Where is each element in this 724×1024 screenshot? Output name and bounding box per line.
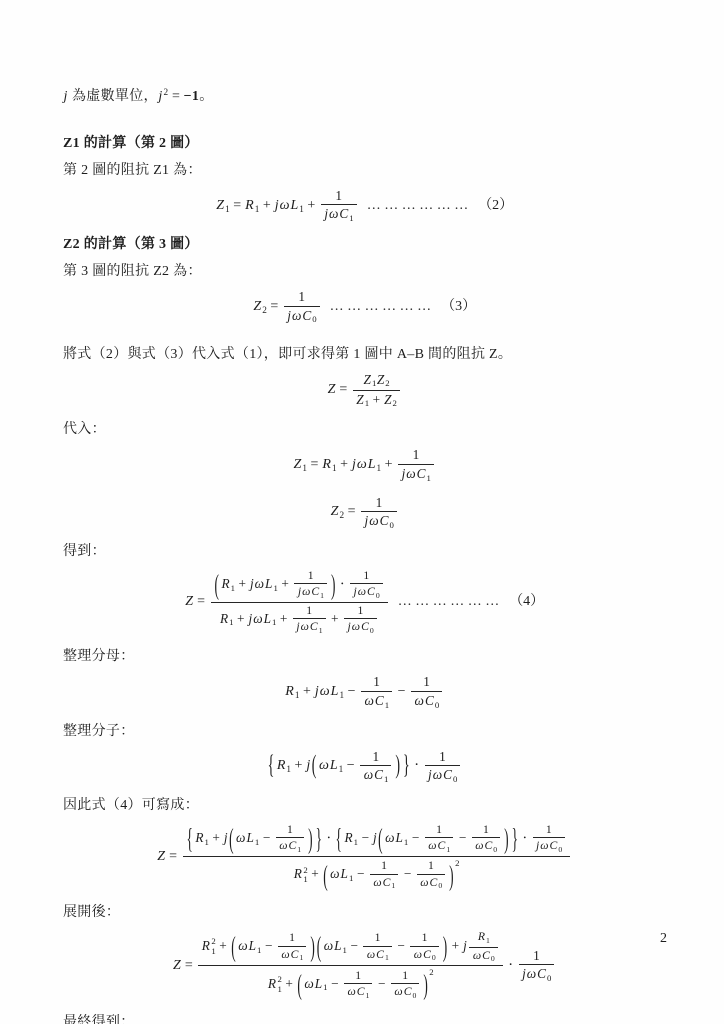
math-number: 1 <box>402 969 408 982</box>
bracket-group: {R1+j(ωL1−1ωC1)} <box>267 749 411 784</box>
scripted-term: C0 <box>424 693 439 708</box>
math-number: 0 <box>558 845 562 854</box>
bracket-body: R1−j(ωL1−1ωC1−1ωC0) <box>343 823 511 855</box>
math-number: 1 <box>377 463 382 473</box>
math-number: 1 <box>349 873 353 883</box>
math-operator: + <box>385 457 393 472</box>
math-row: R21+(ωL1−1ωC1−1ωC0)2 <box>293 866 459 881</box>
math-number: 1 <box>211 946 215 956</box>
math-number: 1 <box>229 617 233 627</box>
math-operator: + <box>331 611 339 626</box>
math-row: ωL1−1ωC1−1ωC0 <box>304 976 422 991</box>
subscript: 0 <box>547 973 552 983</box>
scripted-term: L1 <box>367 457 381 472</box>
math-variable: L <box>329 758 338 773</box>
fraction-numerator: 1 <box>519 948 555 964</box>
math-operator: + <box>373 392 381 407</box>
fraction: 1jωC0 <box>344 604 377 636</box>
math-number: 1 <box>373 674 380 689</box>
math-variable: Z <box>376 372 384 387</box>
math-operator: = <box>270 299 278 314</box>
subscript: 1 <box>364 398 369 408</box>
math-operator: + <box>311 866 319 881</box>
subscript: 1 <box>348 873 353 883</box>
math-row: jωC0 <box>347 620 374 633</box>
math-variable: ω <box>347 985 356 998</box>
bracket-delimiter: { <box>267 748 276 784</box>
math-variable: ω <box>364 693 374 708</box>
subscript: 0 <box>493 845 497 854</box>
fraction: 1jωC1 <box>293 604 326 636</box>
math-row: Z2=1jωC0 <box>253 299 322 314</box>
math-row: Z2=1jωC0 <box>330 504 399 519</box>
fraction-numerator: 1 <box>410 931 438 945</box>
fraction-denominator: ωC0 <box>391 983 419 1000</box>
fraction-numerator: 1 <box>363 931 391 945</box>
scripted-term: L1 <box>263 611 276 626</box>
subscript: 1 <box>446 845 450 854</box>
script-cell: 1 <box>303 875 307 885</box>
sub-superscript-stack: 21 <box>303 866 307 885</box>
math-number: 1 <box>332 463 337 473</box>
fraction: 1ωC0 <box>472 823 500 855</box>
fraction-denominator: ωC1 <box>344 983 372 1000</box>
scripted-term: C0 <box>379 513 394 528</box>
math-number: 1 <box>349 213 353 223</box>
para-final: 最終得到： <box>63 1013 666 1024</box>
math-number: 0 <box>312 314 316 324</box>
math-number: 1 <box>483 823 489 836</box>
bracket-group: (ωL1−1ωC1−1ωC0) <box>322 859 454 891</box>
math-number: 1 <box>363 569 369 582</box>
scripted-term: C1 <box>356 985 369 998</box>
math-operator: ⋅ <box>508 958 513 973</box>
fraction: 1jωC1 <box>321 188 357 223</box>
sub-superscript-stack: 21 <box>211 937 215 956</box>
fraction-numerator: 1 <box>360 749 391 765</box>
math-number: 0 <box>432 953 436 962</box>
math-variable: R <box>219 611 228 626</box>
math-variable: ω <box>323 938 333 953</box>
equation-number: （2） <box>478 198 513 213</box>
fraction: 1jωC0 <box>519 948 555 983</box>
math-number: 1 <box>255 204 260 214</box>
fraction-denominator: ωC1 <box>361 691 392 710</box>
math-variable: ω <box>432 767 442 782</box>
math-number: 1 <box>302 463 307 473</box>
math-row: Z=Z1Z2Z1+Z2 <box>327 382 402 397</box>
bracket-delimiter: } <box>511 823 519 855</box>
math-number: 1 <box>422 931 428 944</box>
fraction-denominator: jωC0 <box>533 837 566 854</box>
scripted-term: j2 <box>158 89 169 104</box>
fraction: 1ωC0 <box>410 931 438 963</box>
math-variable: R <box>195 830 204 845</box>
para-z2-intro: 第 3 圖的阻抗 Z2 為： <box>63 262 666 281</box>
scripted-term: C1 <box>290 948 303 961</box>
fraction-denominator: ωC1 <box>360 765 391 784</box>
subscript: 1 <box>403 837 408 847</box>
math-row: {R1+j(ωL1−1ωC1)}⋅1jωC0 <box>267 758 463 773</box>
fraction-denominator: Z1+Z2 <box>353 390 400 409</box>
math-number: 2 <box>429 967 433 977</box>
scripted-term: C0 <box>429 876 442 889</box>
math-number: 1 <box>335 188 342 203</box>
bracket-group: (ωL1−1ωC1) <box>230 931 315 963</box>
math-number: 1 <box>273 583 277 593</box>
math-row: Z1=R1+jωL1+1jωC1 <box>293 457 436 472</box>
math-number: 0 <box>435 700 439 710</box>
fraction: 1jωC0 <box>425 749 461 784</box>
scripted-term: C0 <box>443 767 458 782</box>
subscript: 1 <box>299 953 303 962</box>
math-number: 1 <box>299 204 304 214</box>
math-number: 2 <box>164 87 169 97</box>
math-variable: Z <box>185 594 194 609</box>
bracket-group: (ωL1−1ωC1−1ωC0) <box>296 969 428 1001</box>
fraction-numerator: R21+(ωL1−1ωC1)(ωL1−1ωC1−1ωC0)+jR1ωC0 <box>198 930 503 965</box>
subscript: 0 <box>453 774 458 784</box>
fraction-numerator: 1 <box>391 969 419 983</box>
scripted-term: L1 <box>330 684 344 699</box>
math-row: jωC1 <box>296 620 323 633</box>
math-number: 0 <box>453 774 457 784</box>
math-variable: R <box>293 866 302 881</box>
math-operator: + <box>452 938 460 953</box>
bracket-delimiter: ) <box>448 859 454 891</box>
script-cell: 1 <box>211 947 215 957</box>
math-number: 0 <box>491 954 495 963</box>
math-number: −1 <box>184 89 200 104</box>
scripted-term: C1 <box>311 585 324 598</box>
scripted-term: C1 <box>416 466 431 481</box>
math-number: 1 <box>289 931 295 944</box>
math-row: R1+jωL1−1ωC1−1ωC0 <box>285 684 444 699</box>
math-number: 1 <box>446 845 450 854</box>
eq-2: Z1=R1+jωL1+1jωC1… … … … … …（2） <box>63 188 666 223</box>
math-operator: + <box>303 684 311 699</box>
fraction-denominator: jωC1 <box>293 618 326 635</box>
math-variable: ω <box>369 513 379 528</box>
fraction-numerator: 1 <box>417 859 445 873</box>
fraction-denominator: jωC0 <box>350 583 383 600</box>
math-row: ωC1 <box>373 876 395 889</box>
para-expanded: 展開後： <box>63 903 666 922</box>
scripted-term: C0 <box>423 948 436 961</box>
bracket-group: (ωL1−1ωC1) <box>311 749 401 784</box>
fraction-denominator: R21+(ωL1−1ωC1−1ωC0)2 <box>183 856 571 892</box>
scripted-term: L1 <box>248 938 261 953</box>
scripted-term: C0 <box>484 839 497 852</box>
math-variable: ω <box>253 611 263 626</box>
fraction-denominator: jωC0 <box>361 511 397 530</box>
math-operator: − <box>350 938 358 953</box>
scripted-term: C1 <box>339 206 354 221</box>
math-variable: C <box>311 585 320 598</box>
math-variable: ω <box>319 684 330 699</box>
math-variable: C <box>429 876 438 889</box>
math-number: 1 <box>297 845 301 854</box>
math-operator: ⋅ <box>414 758 419 773</box>
scripted-term: C1 <box>374 693 389 708</box>
math-variable: ω <box>414 693 424 708</box>
math-variable: R <box>344 830 353 845</box>
math-variable: L <box>314 976 322 991</box>
math-row: ωL1−1ωC1 <box>238 938 309 953</box>
scripted-term: R1 <box>322 457 337 472</box>
bracket-delimiter: ( <box>230 931 236 963</box>
scripted-term: Z2 <box>376 372 389 387</box>
scripted-term: L1 <box>290 198 304 213</box>
math-number: 1 <box>381 859 387 872</box>
math-variable: ω <box>413 948 422 961</box>
math-row: jωC0 <box>353 585 380 598</box>
math-variable: C <box>374 693 384 708</box>
math-number: 1 <box>272 617 276 627</box>
eq-3: Z2=1jωC0… … … … … …（3） <box>63 289 666 324</box>
scripted-term: Z1 <box>356 392 369 407</box>
math-number: 1 <box>298 289 305 304</box>
bracket-delimiter: ( <box>322 859 328 891</box>
fraction-numerator: 1 <box>276 823 304 837</box>
math-variable: ω <box>394 985 403 998</box>
scripted-term: Z2 <box>384 392 397 407</box>
para-substitution: 將式（2）與式（3）代入式（1），即可求得第 1 圖中 A–B 間的阻抗 Z。 <box>63 345 666 364</box>
bracket-delimiter: { <box>335 823 343 855</box>
math-operator: = <box>169 849 177 864</box>
fraction-denominator: ωC0 <box>469 947 497 964</box>
math-number: 2 <box>262 305 267 315</box>
math-number: 1 <box>355 969 361 982</box>
fraction-numerator: 1 <box>411 674 442 690</box>
subscript: 1 <box>349 213 354 223</box>
subscript: 0 <box>389 520 394 530</box>
math-variable: ω <box>279 198 290 213</box>
math-variable: ω <box>254 576 264 591</box>
fraction-numerator: 1 <box>294 569 327 583</box>
fraction: 1jωC0 <box>533 823 566 855</box>
fraction-denominator: ωC1 <box>370 874 398 891</box>
math-row: jωC1 <box>401 466 431 481</box>
fraction: (R1+jωL1+1jωC1)⋅1jωC0R1+jωL1+1jωC1+1jωC0 <box>211 569 388 636</box>
math-number: 0 <box>438 881 442 890</box>
math-variable: Z <box>356 392 364 407</box>
math-variable: j <box>248 611 253 626</box>
fraction: R1ωC0 <box>469 930 497 964</box>
subscript: 1 <box>273 583 278 593</box>
bracket-body: R1+jωL1+1jωC1 <box>220 569 330 601</box>
document-content: j 為虛數單位，j2=−1。Z1 的計算（第 2 圖）第 2 圖的阻抗 Z1 為… <box>0 0 724 1024</box>
math-variable: R <box>201 938 210 953</box>
math-operator: + <box>237 611 245 626</box>
fraction-denominator: jωC0 <box>344 618 377 635</box>
scripted-term: L1 <box>246 830 259 845</box>
math-number: 1 <box>303 874 307 884</box>
subscript: 1 <box>383 774 388 784</box>
intro-imaginary-unit: j 為虛數單位，j2=−1。 <box>63 86 666 106</box>
math-variable: ω <box>420 876 429 889</box>
math-row: ωC1 <box>363 767 388 782</box>
fraction: {R1+j(ωL1−1ωC1)}⋅{R1−j(ωL1−1ωC1−1ωC0)}⋅1… <box>183 823 571 891</box>
math-variable: C <box>437 839 446 852</box>
fraction: 1ωC1 <box>344 969 372 1001</box>
math-operator: + <box>280 611 288 626</box>
subscript: 1 <box>204 837 209 847</box>
fraction: 1jωC1 <box>294 569 327 601</box>
bracket-body: ωL1−1ωC1−1ωC0 <box>329 859 449 891</box>
math-row: ωC1 <box>366 948 388 961</box>
eq-rewritten: Z={R1+j(ωL1−1ωC1)}⋅{R1−j(ωL1−1ωC1−1ωC0)}… <box>63 823 666 891</box>
subscript: 2 <box>392 398 397 408</box>
fraction: R21+(ωL1−1ωC1)(ωL1−1ωC1−1ωC0)+jR1ωC0R21+… <box>198 930 503 1000</box>
math-variable: R <box>276 758 286 773</box>
math-variable: ω <box>291 308 301 323</box>
fraction-numerator: 1 <box>361 674 392 690</box>
math-operator: = <box>310 457 318 472</box>
subscript: 1 <box>294 690 299 700</box>
math-variable: C <box>367 585 376 598</box>
math-row: R1+j(ωL1−1ωC1) <box>195 830 314 845</box>
bracket-group: (R1+jωL1+1jωC1) <box>214 569 337 601</box>
math-variable: C <box>374 767 384 782</box>
fraction-denominator: R1+jωL1+1jωC1+1jωC0 <box>211 602 388 636</box>
math-variable: C <box>537 966 547 981</box>
page-number: 2 <box>660 929 667 948</box>
math-operator: − <box>357 866 365 881</box>
math-variable: R <box>322 457 332 472</box>
subscript: 1 <box>254 204 259 214</box>
bracket-delimiter: } <box>402 748 411 784</box>
bracket-body: ωL1−1ωC1 <box>235 823 308 855</box>
math-variable: C <box>309 620 318 633</box>
equation-number: （4） <box>509 594 544 609</box>
math-operator: + <box>263 198 271 213</box>
subscript: 0 <box>558 845 562 854</box>
fraction-denominator: jωC0 <box>425 765 461 784</box>
subscript: 1 <box>286 764 291 774</box>
math-number: 0 <box>370 626 374 635</box>
fraction-numerator: 1 <box>278 931 306 945</box>
fraction-denominator: jωC1 <box>321 204 357 223</box>
fraction: 1ωC1 <box>363 931 391 963</box>
math-number: 1 <box>436 823 442 836</box>
math-variable: L <box>334 938 342 953</box>
subscript: 2 <box>262 305 267 315</box>
bracket-delimiter: ( <box>228 823 234 855</box>
math-row: Z=(R1+jωL1+1jωC1)⋅1jωC0R1+jωL1+1jωC1+1jω… <box>185 594 390 609</box>
fraction-denominator: ωC0 <box>472 837 500 854</box>
math-number: 1 <box>439 749 446 764</box>
math-variable: ω <box>351 620 360 633</box>
math-variable: ω <box>238 938 248 953</box>
math-operator: = <box>348 504 356 519</box>
math-operator: − <box>331 976 339 991</box>
math-number: 1 <box>533 948 540 963</box>
eq-expanded: Z=R21+(ωL1−1ωC1)(ωL1−1ωC1−1ωC0)+jR1ωC0R2… <box>63 930 666 1000</box>
math-variable: ω <box>330 866 340 881</box>
fraction: 1jωC1 <box>398 447 434 482</box>
math-operator: = <box>339 382 347 397</box>
subscript: 1 <box>320 591 324 600</box>
math-number: 1 <box>319 626 323 635</box>
math-operator: − <box>404 866 412 881</box>
math-row: ωC0 <box>472 949 494 962</box>
fraction-denominator: ωC0 <box>411 691 442 710</box>
math-operator: + <box>238 576 246 591</box>
fraction-denominator: ωC0 <box>410 946 438 963</box>
subscript: 1 <box>254 837 259 847</box>
math-row: jωC0 <box>536 839 563 852</box>
fraction-denominator: ωC1 <box>425 837 453 854</box>
math-number: 1 <box>255 837 259 847</box>
dot-leader: … … … … … … <box>367 198 469 213</box>
subscript: 1 <box>297 845 301 854</box>
subscript: 1 <box>331 463 336 473</box>
math-row: jωC0 <box>522 966 552 981</box>
math-variable: ω <box>472 949 481 962</box>
scripted-term: R21 <box>267 976 282 991</box>
math-row: ωC1 <box>279 839 301 852</box>
dot-leader: … … … … … … <box>330 299 432 314</box>
math-operator: − <box>347 758 355 773</box>
math-row: ωC1 <box>281 948 303 961</box>
fraction: 1jωC0 <box>350 569 383 601</box>
math-row: ωC0 <box>413 948 435 961</box>
math-operator: + <box>295 758 303 773</box>
text-run: 。 <box>199 89 213 104</box>
math-operator: + <box>340 457 348 472</box>
subscript: 1 <box>230 583 235 593</box>
fraction: 1jωC0 <box>284 289 320 324</box>
math-number: 1 <box>391 881 395 890</box>
math-operator: + <box>212 830 220 845</box>
math-number: 1 <box>372 749 379 764</box>
superscript: 2 <box>163 87 168 97</box>
math-number: 1 <box>376 495 383 510</box>
math-row: Z={R1+j(ωL1−1ωC1)}⋅{R1−j(ωL1−1ωC1−1ωC0)}… <box>157 849 572 864</box>
math-variable: ω <box>279 839 288 852</box>
subscript: 1 <box>384 700 389 710</box>
math-row: ωC0 <box>414 693 439 708</box>
fraction-denominator: ωC0 <box>417 874 445 891</box>
bracket-delimiter: ( <box>311 748 318 784</box>
math-operator: = <box>233 198 241 213</box>
math-row: Z1+Z2 <box>356 392 397 407</box>
math-number: 2 <box>277 974 281 984</box>
math-variable: ω <box>385 830 395 845</box>
math-number: 2 <box>211 936 215 946</box>
bracket-delimiter: ) <box>503 823 509 855</box>
math-operator: − <box>263 830 271 845</box>
math-variable: ω <box>236 830 246 845</box>
fraction-numerator: Z1Z2 <box>353 372 400 390</box>
bracket-body: ωL1−1ωC1−1ωC0 <box>303 969 423 1001</box>
math-number: 1 <box>423 674 430 689</box>
math-variable: R <box>245 198 255 213</box>
math-variable: ω <box>318 758 329 773</box>
math-number: 1 <box>428 859 434 872</box>
subscript: 1 <box>271 617 276 627</box>
math-number: 0 <box>389 520 393 530</box>
math-variable: C <box>549 839 558 852</box>
document-page: j 為虛數單位，j2=−1。Z1 的計算（第 2 圖）第 2 圖的阻抗 Z1 為… <box>0 0 724 1024</box>
fraction: Z1Z2Z1+Z2 <box>353 372 400 409</box>
math-row: jωC1 <box>297 585 324 598</box>
fraction-numerator: 1 <box>370 859 398 873</box>
fraction-denominator: ωC1 <box>363 946 391 963</box>
math-number: 1 <box>365 398 369 408</box>
math-operator: − <box>265 938 273 953</box>
